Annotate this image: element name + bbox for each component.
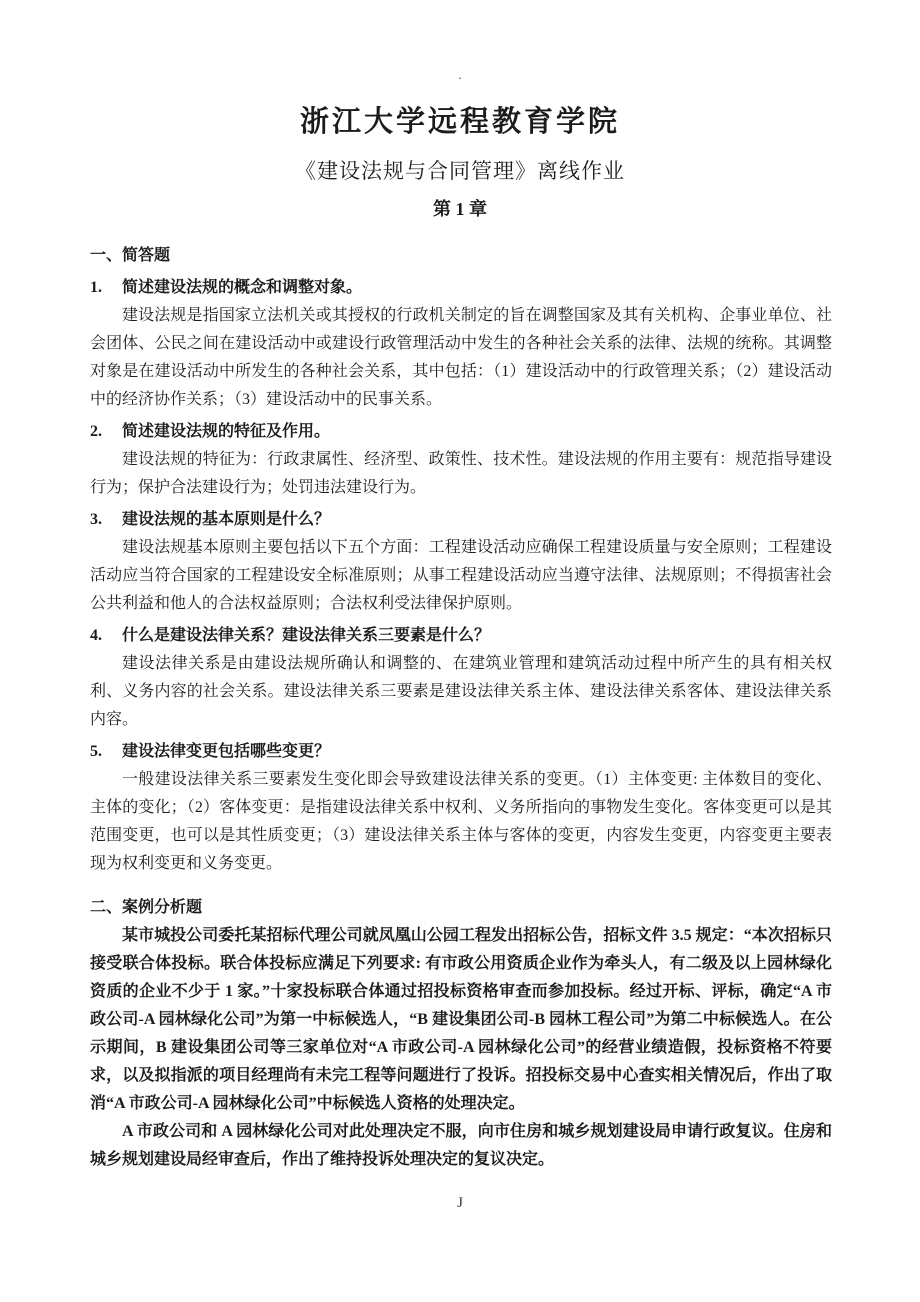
question-number: 2. (90, 418, 122, 446)
case-paragraph-2: A 市政公司和 A 园林绿化公司对此处理决定不服，向市住房和城乡规划建设局申请行… (90, 1118, 832, 1174)
question-number: 4. (90, 622, 122, 650)
question-number: 5. (90, 738, 122, 766)
answer-paragraph-4: 建设法律关系是由建设法规所确认和调整的、在建筑业管理和建筑活动过程中所产生的具有… (90, 650, 832, 734)
question-number: 3. (90, 506, 122, 534)
document-body: 一、简答题 1.简述建设法规的概念和调整对象。 建设法规是指国家立法机关或其授权… (90, 242, 832, 1174)
question-number: 1. (90, 274, 122, 302)
question-heading-1: 1.简述建设法规的概念和调整对象。 (90, 274, 832, 302)
question-heading-4: 4.什么是建设法律关系？建设法律关系三要素是什么？ (90, 622, 832, 650)
answer-paragraph-2: 建设法规的特征为：行政隶属性、经济型、政策性、技术性。建设法规的作用主要有：规范… (90, 446, 832, 502)
question-text: 什么是建设法律关系？建设法律关系三要素是什么？ (122, 627, 490, 644)
question-text: 简述建设法规的概念和调整对象。 (122, 279, 362, 296)
case-paragraph-1: 某市城投公司委托某招标代理公司就凤凰山公园工程发出招标公告，招标文件 3.5 规… (90, 922, 832, 1118)
question-heading-5: 5.建设法律变更包括哪些变更？ (90, 738, 832, 766)
answer-paragraph-1: 建设法规是指国家立法机关或其授权的行政机关制定的旨在调整国家及其有关机构、企事业… (90, 302, 832, 414)
question-heading-3: 3.建设法规的基本原则是什么？ (90, 506, 832, 534)
answer-paragraph-5: 一般建设法律关系三要素发生变化即会导致建设法律关系的变更。（1）主体变更: 主体… (90, 766, 832, 878)
corner-dot-mark: . (0, 68, 920, 82)
document-subtitle: 《建设法规与合同管理》离线作业 (0, 155, 920, 187)
question-heading-2: 2.简述建设法规的特征及作用。 (90, 418, 832, 446)
question-text: 建设法律变更包括哪些变更？ (122, 743, 330, 760)
document-page: . 浙江大学远程教育学院 《建设法规与合同管理》离线作业 第 1 章 一、简答题… (0, 0, 920, 1302)
document-title: 浙江大学远程教育学院 (0, 102, 920, 142)
section-heading-short-answer: 一、简答题 (90, 242, 832, 270)
page-number: J (0, 1193, 920, 1213)
question-text: 简述建设法规的特征及作用。 (122, 423, 330, 440)
chapter-heading: 第 1 章 (0, 196, 920, 222)
section-heading-case-analysis: 二、案例分析题 (90, 894, 832, 922)
question-text: 建设法规的基本原则是什么？ (122, 511, 330, 528)
answer-paragraph-3: 建设法规基本原则主要包括以下五个方面：工程建设活动应确保工程建设质量与安全原则；… (90, 534, 832, 618)
